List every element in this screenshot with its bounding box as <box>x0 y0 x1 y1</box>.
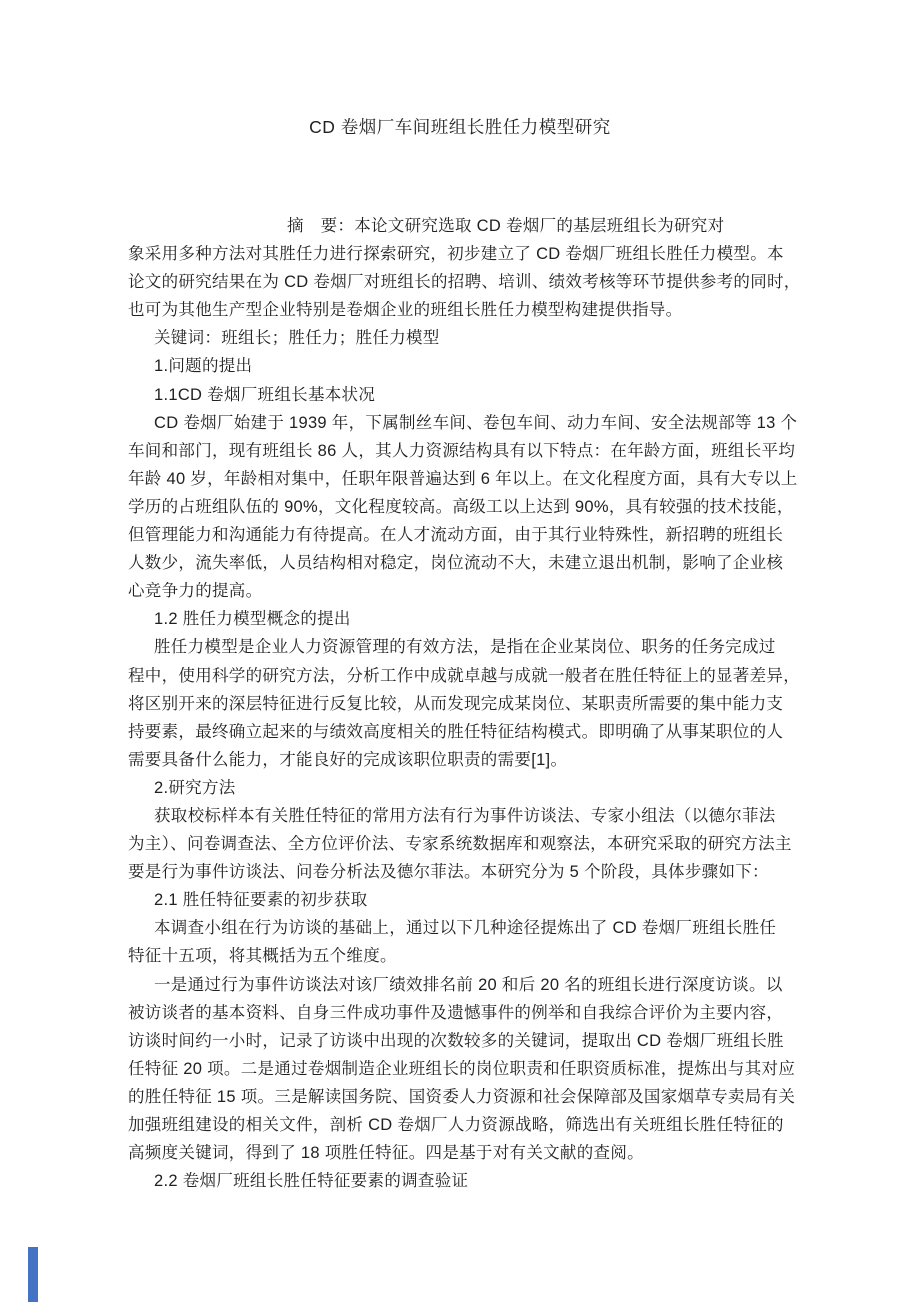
heading-1-1-line: 1.1CD 卷烟厂班组长基本状况 <box>128 381 792 409</box>
page-bottom-artifact <box>28 1247 38 1302</box>
heading-1-line: 1.问题的提出 <box>128 352 792 380</box>
paragraph-four-approaches-line: 高频度关键词，得到了 18 项胜任特征。四是基于对有关文献的查阅。 <box>128 1139 792 1167</box>
paragraph-four-approaches-line: 的胜任特征 15 项。三是解读国务院、国资委人力资源和社会保障部及国家烟草专卖局… <box>128 1083 792 1111</box>
paragraph-factory-overview-line: 心竞争力的提高。 <box>128 577 792 605</box>
paragraph-competency-concept-line: 程中，使用科学的研究方法，分析工作中成就卓越与成就一般者在胜任特征上的显著差异， <box>128 662 792 690</box>
paragraph-four-approaches-line: 访谈时间约一小时，记录了访谈中出现的次数较多的关键词，提取出 CD 卷烟厂班组长… <box>128 1027 792 1055</box>
paragraph-factory-overview-line: 但管理能力和沟通能力有待提高。在人才流动方面，由于其行业特殊性，新招聘的班组长 <box>128 521 792 549</box>
paragraph-factory-overview-line: 人数少，流失率低，人员结构相对稳定，岗位流动不大，未建立退出机制，影响了企业核 <box>128 549 792 577</box>
paragraph-four-approaches-line: 一是通过行为事件访谈法对该厂绩效排名前 20 和后 20 名的班组长进行深度访谈… <box>128 971 792 999</box>
paragraph-factory-overview-line: CD 卷烟厂始建于 1939 年，下属制丝车间、卷包车间、动力车间、安全法规部等… <box>128 409 792 437</box>
document-title: CD 卷烟厂车间班组长胜任力模型研究 <box>0 113 920 141</box>
abstract-paragraph-line: 也可为其他生产型企业特别是卷烟企业的班组长胜任力模型构建提供指导。 <box>128 296 792 324</box>
paragraph-competency-concept-line: 持要素，最终确立起来的与绩效高度相关的胜任特征结构模式。即明确了从事某职位的人 <box>128 718 792 746</box>
paragraph-competency-concept-line: 将区别开来的深层特征进行反复比较，从而发现完成某岗位、某职责所需要的集中能力支 <box>128 690 792 718</box>
paragraph-competency-concept-line: 需要具备什么能力，才能良好的完成该职位职责的需要[1]。 <box>128 746 792 774</box>
paragraph-four-approaches-line: 加强班组建设的相关文件，剖析 CD 卷烟厂人力资源战略，筛选出有关班组长胜任特征… <box>128 1111 792 1139</box>
paragraph-research-methods-line: 要是行为事件访谈法、问卷分析法及德尔菲法。本研究分为 5 个阶段，具体步骤如下： <box>128 858 792 886</box>
keywords-line-line: 关键词：班组长；胜任力；胜任力模型 <box>128 324 792 352</box>
paragraph-factory-overview-line: 学历的占班组队伍的 90%，文化程度较高。高级工以上达到 90%，具有较强的技术… <box>128 493 792 521</box>
abstract-paragraph-line: 摘 要：本论文研究选取 CD 卷烟厂的基层班组长为研究对 <box>128 212 792 240</box>
document-body: 摘 要：本论文研究选取 CD 卷烟厂的基层班组长为研究对象采用多种方法对其胜任力… <box>128 212 792 1195</box>
paragraph-four-approaches-line: 任特征 20 项。二是通过卷烟制造企业班组长的岗位职责和任职资质标准，提炼出与其… <box>128 1055 792 1083</box>
paragraph-four-approaches-line: 被访谈者的基本资料、自身三件成功事件及遗憾事件的例举和自我综合评价为主要内容， <box>128 999 792 1027</box>
heading-2-line: 2.研究方法 <box>128 774 792 802</box>
document-page: CD 卷烟厂车间班组长胜任力模型研究 摘 要：本论文研究选取 CD 卷烟厂的基层… <box>0 0 920 1302</box>
paragraph-factory-overview-line: 车间和部门，现有班组长 86 人，其人力资源结构具有以下特点：在年龄方面，班组长… <box>128 437 792 465</box>
paragraph-initial-extraction-line: 特征十五项，将其概括为五个维度。 <box>128 942 792 970</box>
paragraph-competency-concept-line: 胜任力模型是企业人力资源管理的有效方法，是指在企业某岗位、职务的任务完成过 <box>128 633 792 661</box>
heading-2-2-line: 2.2 卷烟厂班组长胜任特征要素的调查验证 <box>128 1167 792 1195</box>
paragraph-initial-extraction-line: 本调查小组在行为访谈的基础上，通过以下几种途径提炼出了 CD 卷烟厂班组长胜任 <box>128 914 792 942</box>
abstract-paragraph-line: 象采用多种方法对其胜任力进行探索研究，初步建立了 CD 卷烟厂班组长胜任力模型。… <box>128 240 792 268</box>
paragraph-factory-overview-line: 年龄 40 岁，年龄相对集中，任职年限普遍达到 6 年以上。在文化程度方面，具有… <box>128 465 792 493</box>
paragraph-research-methods-line: 获取校标样本有关胜任特征的常用方法有行为事件访谈法、专家小组法（以德尔菲法 <box>128 802 792 830</box>
paragraph-research-methods-line: 为主）、问卷调查法、全方位评价法、专家系统数据库和观察法，本研究采取的研究方法主 <box>128 830 792 858</box>
abstract-paragraph-line: 论文的研究结果在为 CD 卷烟厂对班组长的招聘、培训、绩效考核等环节提供参考的同… <box>128 268 792 296</box>
heading-2-1-line: 2.1 胜任特征要素的初步获取 <box>128 886 792 914</box>
heading-1-2-line: 1.2 胜任力模型概念的提出 <box>128 605 792 633</box>
